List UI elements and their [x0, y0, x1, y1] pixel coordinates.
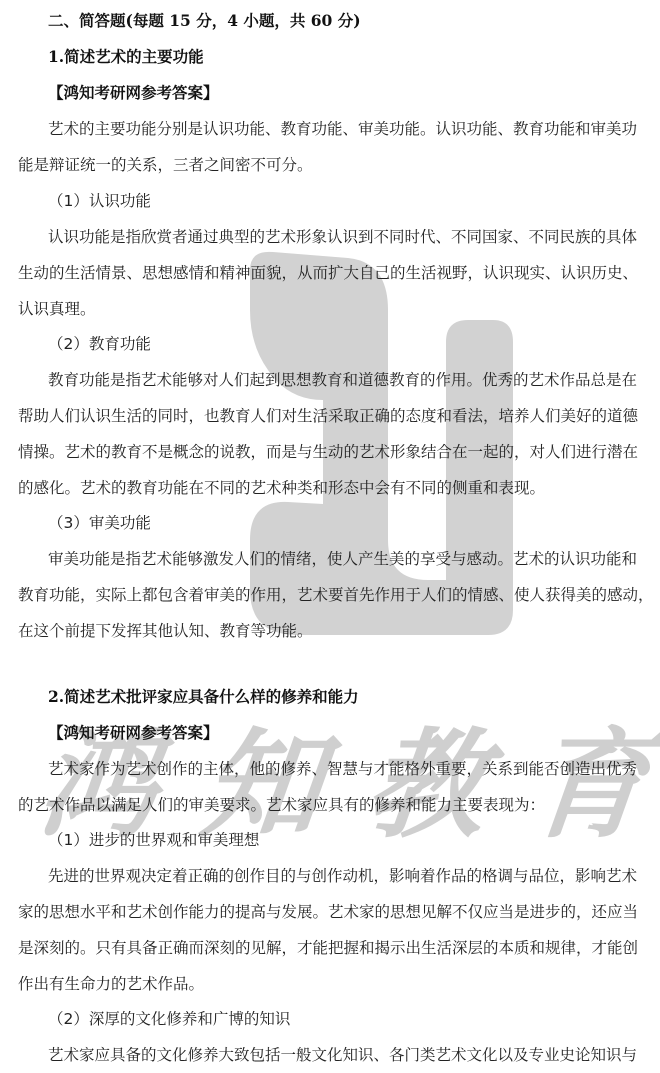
paragraph-line: 认识功能是指欣赏者通过典型的艺术形象认识到不同时代、不同国家、不同民族的具体 [48, 227, 637, 247]
point-label: （2）深厚的文化修养和广博的知识 [48, 1009, 290, 1029]
paragraph-line: 艺术家作为艺术创作的主体，他的修养、智慧与才能格外重要，关系到能否创造出优秀 [48, 759, 637, 779]
paragraph-line: 认识真理。 [18, 299, 96, 319]
point-label: （3）审美功能 [48, 513, 151, 533]
paragraph-line: 的艺术作品以满足人们的审美要求。艺术家应具有的修养和能力主要表现为： [18, 795, 545, 815]
question-title: 2.简述艺术批评家应具备什么样的修养和能力 [48, 687, 359, 707]
paragraph-line: 先进的世界观决定着正确的创作目的与创作动机，影响着作品的格调与品位，影响艺术 [48, 866, 637, 886]
point-label: （1）进步的世界观和审美理想 [48, 830, 259, 850]
paragraph-line: 是深刻的。只有具备正确而深刻的见解，才能把握和揭示出生活深层的本质和规律，才能创 [18, 938, 638, 958]
paragraph-line: 生动的生活情景、思想感情和精神面貌，从而扩大自己的生活视野，认识现实、认识历史、 [18, 263, 638, 283]
paragraph-line: 的感化。艺术的教育功能在不同的艺术种类和形态中会有不同的侧重和表现。 [18, 478, 545, 498]
paragraph-line: 在这个前提下发挥其他认知、教育等功能。 [18, 621, 313, 641]
paragraph-line: 艺术的主要功能分别是认识功能、教育功能、审美功能。认识功能、教育功能和审美功 [48, 119, 637, 139]
point-label: （2）教育功能 [48, 334, 151, 354]
paragraph-line: 家的思想水平和艺术创作能力的提高与发展。艺术家的思想见解不仅应当是进步的，还应当 [18, 902, 638, 922]
paragraph-line: 审美功能是指艺术能够激发人们的情绪，使人产生美的享受与感动。艺术的认识功能和 [48, 549, 637, 569]
paragraph-line: 能是辩证统一的关系，三者之间密不可分。 [18, 155, 313, 175]
paragraph-line: 艺术家应具备的文化修养大致包括一般文化知识、各门类艺术文化以及专业史论知识与 [48, 1045, 637, 1065]
question-title: 1.简述艺术的主要功能 [48, 47, 204, 67]
paragraph-line: 作出有生命力的艺术作品。 [18, 974, 204, 994]
section-heading: 二、简答题(每题 15 分，4 小题，共 60 分) [48, 11, 361, 31]
paragraph-line: 教育功能是指艺术能够对人们起到思想教育和道德教育的作用。优秀的艺术作品总是在 [48, 370, 637, 390]
paragraph-line: 教育功能，实际上都包含着审美的作用，艺术要首先作用于人们的情感、使人获得美的感动… [18, 585, 654, 605]
paragraph-line: 帮助人们认识生活的同时，也教育人们对生活采取正确的态度和看法，培养人们美好的道德 [18, 406, 638, 426]
point-label: （1）认识功能 [48, 191, 151, 211]
answer-label: 【鸿知考研网参考答案】 [48, 83, 219, 103]
paragraph-line: 情操。艺术的教育不是概念的说教，而是与生动的艺术形象结合在一起的，对人们进行潜在 [18, 442, 638, 462]
answer-label: 【鸿知考研网参考答案】 [48, 723, 219, 743]
